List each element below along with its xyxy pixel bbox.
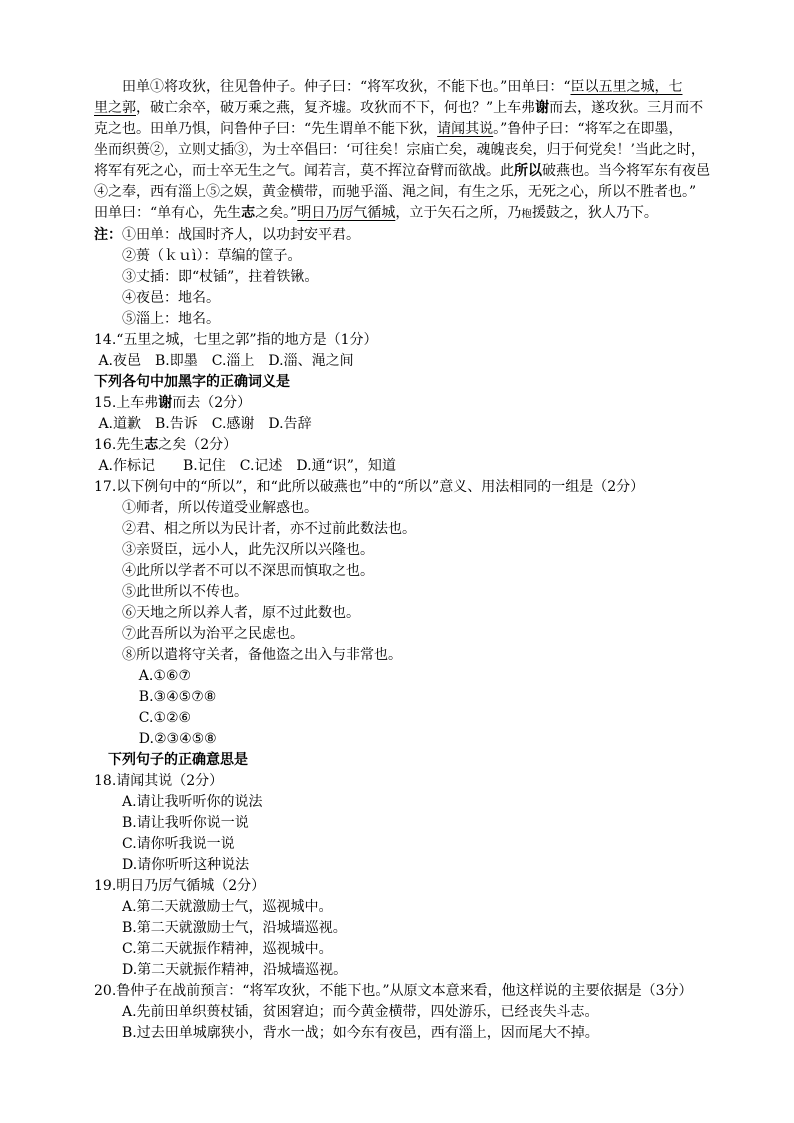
note-4: ④夜邑：地名。	[94, 288, 706, 309]
text: C.①②⑥	[139, 710, 191, 726]
bold-text: 注：	[94, 227, 122, 243]
bold-text: 所以	[514, 163, 542, 179]
text: D.请你听听这种说法	[122, 857, 249, 873]
question-18-option-a: A.请让我听听你的说法	[94, 792, 706, 813]
text: 克之也。田单乃惧，问鲁仲子曰：“先生谓单不能下狄，	[94, 121, 437, 137]
text: A.夜邑 B.即墨 C.淄上 D.淄、渑之间	[94, 353, 354, 369]
question-19-option-c: C.第二天就振作精神，巡视城中。	[94, 939, 706, 960]
text: 20.鲁仲子在战前预言：“将军攻狄，不能下也。”从原文本意来看，他这样说的主要依…	[94, 983, 692, 999]
question-17-item-7: ⑦此吾所以为治平之民虑也。	[94, 624, 706, 645]
question-17: 17.以下例句中的“所以”，和“此所以破燕也”中的“所以”意义、用法相同的一组是…	[94, 477, 706, 750]
question-19-option-a: A.第二天就激励士气，巡视城中。	[94, 897, 706, 918]
section-header-sentence-meaning-text: 下列句子的正确意思是	[94, 750, 706, 771]
question-17-item-5: ⑤此世所以不传也。	[94, 582, 706, 603]
text: A.请让我听听你的说法	[122, 794, 263, 810]
question-17-item-8: ⑧所以遣将守关者，备他盗之出入与非常也。	[94, 645, 706, 666]
question-17-option-a: A.①⑥⑦	[94, 666, 706, 687]
question-14-options: A.夜邑 B.即墨 C.淄上 D.淄、渑之间	[94, 351, 706, 372]
question-15-options: A.道歉 B.告诉 C.感谢 D.告辞	[94, 414, 706, 435]
underlined-text: 请闻其说	[437, 121, 493, 137]
question-19: 19.明日乃厉气循城（2分）A.第二天就激励士气，巡视城中。B.第二天就激励士气…	[94, 876, 706, 981]
document-page: 田单①将攻狄，往见鲁仲子。仲子曰：“将军攻狄，不能下也。”田单曰：“臣以五里之城…	[0, 0, 794, 1123]
question-15: 15.上车弗谢而去（2分） A.道歉 B.告诉 C.感谢 D.告辞	[94, 393, 706, 435]
text: 枹	[521, 208, 532, 220]
bold-text: 志	[144, 437, 158, 453]
text: ②蒉（ｋｕì）：草编的筐子。	[122, 248, 301, 264]
text: 19.明日乃厉气循城（2分）	[94, 878, 265, 894]
question-18-option-d: D.请你听听这种说法	[94, 855, 706, 876]
text: ⑥天地之所以养人者，原不过此数也。	[122, 605, 360, 621]
question-20-stem: 20.鲁仲子在战前预言：“将军攻狄，不能下也。”从原文本意来看，他这样说的主要依…	[94, 981, 706, 1002]
question-16-stem: 16.先生志之矣（2分）	[94, 435, 706, 456]
underlined-text: 臣以五里之城，七	[570, 79, 682, 95]
bold-text: 下列各句中加黑字的正确词义是	[94, 374, 290, 390]
text: 坐而织蒉②，立则丈插③，为士卒倡曰：‘可往矣！宗庙亡矣，魂魄丧矣，归于何党矣！’…	[94, 142, 705, 158]
text: 之矣（2分）	[158, 437, 237, 453]
text: ①田单：战国时齐人，以功封安平君。	[122, 227, 360, 243]
text: C.请你听我说一说	[122, 836, 235, 852]
text: ⑤淄上：地名。	[122, 311, 220, 327]
passage-line-6: ④之奉，西有淄上⑤之娱，黄金横带，而驰乎淄、渑之间，有生之乐，无死之心，所以不胜…	[94, 182, 706, 203]
text: 15.上车弗	[94, 395, 158, 411]
text: ③亲贤臣，远小人，此先汉所以兴隆也。	[122, 542, 374, 558]
question-18-option-b: B.请让我听你说一说	[94, 813, 706, 834]
question-17-item-1: ①师者，所以传道受业解惑也。	[94, 498, 706, 519]
passage-line-3: 克之也。田单乃惧，问鲁仲子曰：“先生谓单不能下狄，请闻其说。”鲁仲子曰：“将军之…	[94, 119, 706, 140]
text: A.作标记 B.记住 C.记述 D.通“识”，知道	[94, 458, 396, 474]
question-18-stem: 18.请闻其说（2分）	[94, 771, 706, 792]
text: 14.“五里之城，七里之郭”指的地方是（1分）	[94, 332, 378, 348]
text: 之矣。”	[255, 205, 297, 221]
question-19-stem: 19.明日乃厉气循城（2分）	[94, 876, 706, 897]
note-5: ⑤淄上：地名。	[94, 309, 706, 330]
passage-line-2: 里之郭，破亡余卒，破万乘之燕，复齐墟。攻狄而不下，何也？”上车弗谢而去，遂攻狄。…	[94, 98, 706, 119]
question-16: 16.先生志之矣（2分） A.作标记 B.记住 C.记述 D.通“识”，知道	[94, 435, 706, 477]
text: 16.先生	[94, 437, 144, 453]
question-17-item-6: ⑥天地之所以养人者，原不过此数也。	[94, 603, 706, 624]
question-14-stem: 14.“五里之城，七里之郭”指的地方是（1分）	[94, 330, 706, 351]
text: 而去，遂攻狄。三月而不	[549, 100, 703, 116]
note-3: ③丈插：即“杖锸”，拄着铁锹。	[94, 267, 706, 288]
text: A.道歉 B.告诉 C.感谢 D.告辞	[94, 416, 312, 432]
question-16-options: A.作标记 B.记住 C.记述 D.通“识”，知道	[94, 456, 706, 477]
text: 破燕也。当今将军东有夜邑	[542, 163, 710, 179]
question-17-stem: 17.以下例句中的“所以”，和“此所以破燕也”中的“所以”意义、用法相同的一组是…	[94, 477, 706, 498]
text: ⑦此吾所以为治平之民虑也。	[122, 626, 304, 642]
text: ②君、相之所以为民计者，亦不过前此数法也。	[122, 521, 416, 537]
text: B.第二天就激励士气，沿城墙巡视。	[122, 920, 347, 936]
question-14: 14.“五里之城，七里之郭”指的地方是（1分） A.夜邑 B.即墨 C.淄上 D…	[94, 330, 706, 372]
text: A.①⑥⑦	[139, 668, 191, 684]
text: B.过去田单城廓狭小，背水一战；如今东有夜邑，西有淄上，因而尾大不掉。	[122, 1025, 599, 1041]
bold-text: 下列句子的正确意思是	[108, 752, 248, 768]
question-20-option-b: B.过去田单城廓狭小，背水一战；如今东有夜邑，西有淄上，因而尾大不掉。	[94, 1023, 706, 1044]
note-1: 注：①田单：战国时齐人，以功封安平君。	[94, 225, 706, 246]
passage-line-4: 坐而织蒉②，立则丈插③，为士卒倡曰：‘可往矣！宗庙亡矣，魂魄丧矣，归于何党矣！’…	[94, 140, 706, 161]
text: ⑧所以遣将守关者，备他盗之出入与非常也。	[122, 647, 402, 663]
passage: 田单①将攻狄，往见鲁仲子。仲子曰：“将军攻狄，不能下也。”田单曰：“臣以五里之城…	[94, 77, 706, 225]
text: C.第二天就振作精神，巡视城中。	[122, 941, 333, 957]
text: ③丈插：即“杖锸”，拄着铁锹。	[122, 269, 318, 285]
text: D.第二天就振作精神，沿城墙巡视。	[122, 962, 347, 978]
passage-line-1: 田单①将攻狄，往见鲁仲子。仲子曰：“将军攻狄，不能下也。”田单曰：“臣以五里之城…	[94, 77, 706, 98]
question-20: 20.鲁仲子在战前预言：“将军攻狄，不能下也。”从原文本意来看，他这样说的主要依…	[94, 981, 706, 1044]
bold-text: 谢	[535, 100, 549, 116]
text: B.③④⑤⑦⑧	[139, 689, 217, 705]
underlined-text: 里之郭	[94, 100, 136, 116]
section-header-word-meaning: 下列各句中加黑字的正确词义是	[94, 372, 706, 393]
text: ⑤此世所以不传也。	[122, 584, 248, 600]
text: 田单曰：“单有心，先生	[94, 205, 241, 221]
question-17-option-c: C.①②⑥	[94, 708, 706, 729]
passage-line-5: 将军有死之心，而士卒无生之气。闻若言，莫不挥泣奋臂而欲战。此所以破燕也。当今将军…	[94, 161, 706, 182]
text: 田单①将攻狄，往见鲁仲子。仲子曰：“将军攻狄，不能下也。”田单曰：“	[122, 79, 570, 95]
text: A.先前田单织蒉杖锸，贫困窘迫；而今黄金横带，四处游乐，已经丧失斗志。	[122, 1004, 599, 1020]
notes: 注：①田单：战国时齐人，以功封安平君。②蒉（ｋｕì）：草编的筐子。③丈插：即“杖…	[94, 225, 706, 330]
text: D.②③④⑤⑧	[139, 731, 217, 747]
text: 17.以下例句中的“所以”，和“此所以破燕也”中的“所以”意义、用法相同的一组是…	[94, 479, 644, 495]
text: ，破亡余卒，破万乘之燕，复齐墟。攻狄而不下，何也？”上车弗	[136, 100, 535, 116]
question-17-item-2: ②君、相之所以为民计者，亦不过前此数法也。	[94, 519, 706, 540]
question-17-option-d: D.②③④⑤⑧	[94, 729, 706, 750]
question-19-option-d: D.第二天就振作精神，沿城墙巡视。	[94, 960, 706, 981]
bold-text: 志	[241, 205, 255, 221]
text: B.请让我听你说一说	[122, 815, 249, 831]
text: A.第二天就激励士气，巡视城中。	[122, 899, 333, 915]
text: ④之奉，西有淄上⑤之娱，黄金横带，而驰乎淄、渑之间，有生之乐，无死之心，所以不胜…	[94, 184, 696, 200]
question-18: 18.请闻其说（2分）A.请让我听听你的说法B.请让我听你说一说C.请你听我说一…	[94, 771, 706, 876]
question-17-item-3: ③亲贤臣，远小人，此先汉所以兴隆也。	[94, 540, 706, 561]
question-17-option-b: B.③④⑤⑦⑧	[94, 687, 706, 708]
text: ④夜邑：地名。	[122, 290, 220, 306]
text: 而去（2分）	[172, 395, 251, 411]
text: 。”鲁仲子曰：“将军之在即墨，	[493, 121, 682, 137]
text: 援鼓之，狄人乃下。	[532, 205, 658, 221]
question-17-item-4: ④此所以学者不可以不深思而慎取之也。	[94, 561, 706, 582]
text: ，立于矢石之所，乃	[395, 205, 521, 221]
text: 将军有死之心，而士卒无生之气。闻若言，莫不挥泣奋臂而欲战。此	[94, 163, 514, 179]
question-19-option-b: B.第二天就激励士气，沿城墙巡视。	[94, 918, 706, 939]
underlined-text: 明日乃厉气循城	[297, 205, 395, 221]
note-2: ②蒉（ｋｕì）：草编的筐子。	[94, 246, 706, 267]
text: ④此所以学者不可以不深思而慎取之也。	[122, 563, 374, 579]
question-18-option-c: C.请你听我说一说	[94, 834, 706, 855]
question-15-stem: 15.上车弗谢而去（2分）	[94, 393, 706, 414]
text: 18.请闻其说（2分）	[94, 773, 223, 789]
section-header-word-meaning-text: 下列各句中加黑字的正确词义是	[94, 372, 706, 393]
section-header-sentence-meaning: 下列句子的正确意思是	[94, 750, 706, 771]
question-20-option-a: A.先前田单织蒉杖锸，贫困窘迫；而今黄金横带，四处游乐，已经丧失斗志。	[94, 1002, 706, 1023]
text: ①师者，所以传道受业解惑也。	[122, 500, 318, 516]
passage-line-7: 田单曰：“单有心，先生志之矣。”明日乃厉气循城，立于矢石之所，乃枹援鼓之，狄人乃…	[94, 203, 706, 225]
bold-text: 谢	[158, 395, 172, 411]
